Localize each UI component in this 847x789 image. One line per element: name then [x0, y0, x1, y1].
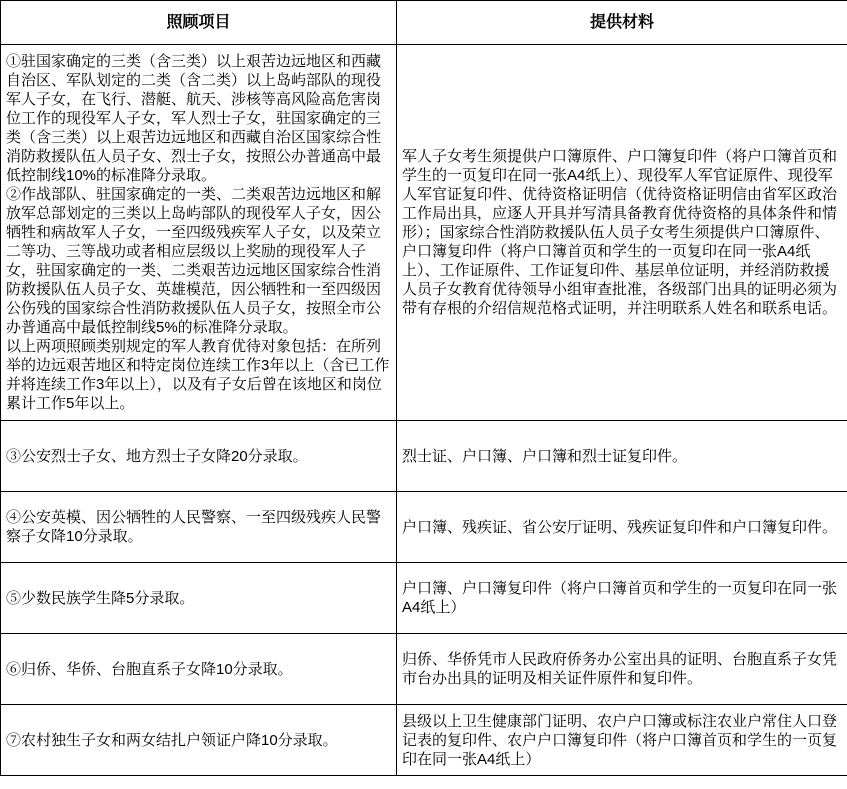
- item-cell-police-hero: ④公安英模、因公牺牲的人民警察、一至四级残疾人民警察子女降10分录取。: [1, 492, 397, 563]
- material-cell-police-hero: 户口簿、残疾证、省公安厅证明、残疾证复印件和户口簿复印件。: [397, 492, 847, 563]
- table-row: ①驻国家确定的三类（含三类）以上艰苦边远地区和西藏自治区、军队划定的二类（含二类…: [1, 45, 847, 421]
- material-cell-military-children: 军人子女考生须提供户口簿原件、户口簿复印件（将户口簿首页和学生的一页复印在同一张…: [397, 45, 847, 421]
- privilege-materials-table: 照顾项目 提供材料 ①驻国家确定的三类（含三类）以上艰苦边远地区和西藏自治区、军…: [0, 0, 847, 776]
- material-cell-overseas-chinese: 归侨、华侨凭市人民政府侨务办公室出具的证明、台胞直系子女凭市台办出具的证明及相关…: [397, 634, 847, 705]
- column-header-material: 提供材料: [397, 1, 847, 45]
- item-cell-police-martyr: ③公安烈士子女、地方烈士子女降20分录取。: [1, 421, 397, 492]
- item-cell-military-children: ①驻国家确定的三类（含三类）以上艰苦边远地区和西藏自治区、军队划定的二类（含二类…: [1, 45, 397, 421]
- material-cell-police-martyr: 烈士证、户口簿、户口簿和烈士证复印件。: [397, 421, 847, 492]
- item-cell-overseas-chinese: ⑥归侨、华侨、台胞直系子女降10分录取。: [1, 634, 397, 705]
- header-row: 照顾项目 提供材料: [1, 1, 847, 45]
- column-header-item: 照顾项目: [1, 1, 397, 45]
- material-cell-ethnic-minority: 户口簿、户口簿复印件（将户口簿首页和学生的一页复印在同一张A4纸上）: [397, 563, 847, 634]
- material-cell-rural-only-child: 县级以上卫生健康部门证明、农户户口簿或标注农业户常住人口登记表的复印件、农户户口…: [397, 705, 847, 776]
- item-cell-rural-only-child: ⑦农村独生子女和两女结扎户领证户降10分录取。: [1, 705, 397, 776]
- table-row: ⑦农村独生子女和两女结扎户领证户降10分录取。 县级以上卫生健康部门证明、农户户…: [1, 705, 847, 776]
- table-row: ⑤少数民族学生降5分录取。 户口簿、户口簿复印件（将户口簿首页和学生的一页复印在…: [1, 563, 847, 634]
- table-row: ④公安英模、因公牺牲的人民警察、一至四级残疾人民警察子女降10分录取。 户口簿、…: [1, 492, 847, 563]
- document-page: 照顾项目 提供材料 ①驻国家确定的三类（含三类）以上艰苦边远地区和西藏自治区、军…: [0, 0, 847, 789]
- table-row: ⑥归侨、华侨、台胞直系子女降10分录取。 归侨、华侨凭市人民政府侨务办公室出具的…: [1, 634, 847, 705]
- table-row: ③公安烈士子女、地方烈士子女降20分录取。 烈士证、户口簿、户口簿和烈士证复印件…: [1, 421, 847, 492]
- item-cell-ethnic-minority: ⑤少数民族学生降5分录取。: [1, 563, 397, 634]
